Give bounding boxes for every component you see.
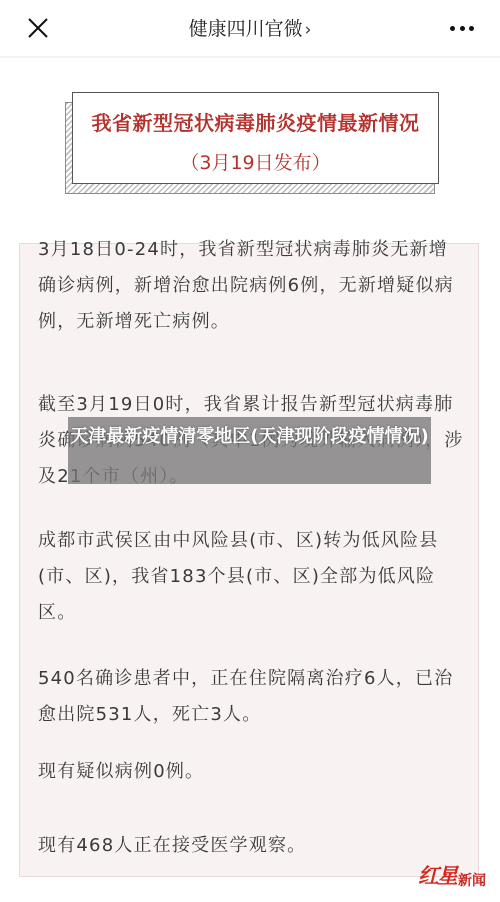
headline-box: 我省新型冠状病毒肺炎疫情最新情况 （3月19日发布） [72, 92, 439, 184]
chevron-right-icon: › [305, 20, 312, 40]
watermark-news: 新闻 [458, 870, 486, 890]
more-button[interactable] [450, 26, 474, 32]
headline-date: （3月19日发布） [73, 148, 438, 175]
account-title-link[interactable]: 健康四川官微› [0, 14, 500, 41]
watermark-logo: 红星 新闻 [418, 860, 486, 890]
overlay-title-banner: 天津最新疫情清零地区(天津现阶段疫情情况) [68, 417, 431, 484]
paragraph-risk-level: 成都市武侯区由中风险县(市、区)转为低风险县(市、区)，我省183个县(市、区)… [38, 523, 466, 631]
more-icon-dot [469, 26, 474, 31]
article-card: 3月18日0-24时，我省新型冠状病毒肺炎无新增确诊病例，新增治愈出院病例6例，… [19, 243, 479, 877]
more-icon-dot [460, 26, 465, 31]
paragraph-patients: 540名确诊患者中，正在住院隔离治疗6人，已治愈出院531人，死亡3人。 [38, 661, 466, 733]
paragraph-suspected: 现有疑似病例0例。 [38, 754, 466, 790]
headline-title: 我省新型冠状病毒肺炎疫情最新情况 [73, 107, 438, 136]
watermark-brand: 红星 [418, 860, 456, 890]
more-icon-dot [450, 26, 455, 31]
paragraph-daily-update: 3月18日0-24时，我省新型冠状病毒肺炎无新增确诊病例，新增治愈出院病例6例，… [38, 232, 466, 340]
top-navigation-bar: 健康四川官微› [0, 0, 500, 58]
account-name: 健康四川官微 [189, 18, 303, 40]
paragraph-observation: 现有468人正在接受医学观察。 [38, 828, 466, 864]
